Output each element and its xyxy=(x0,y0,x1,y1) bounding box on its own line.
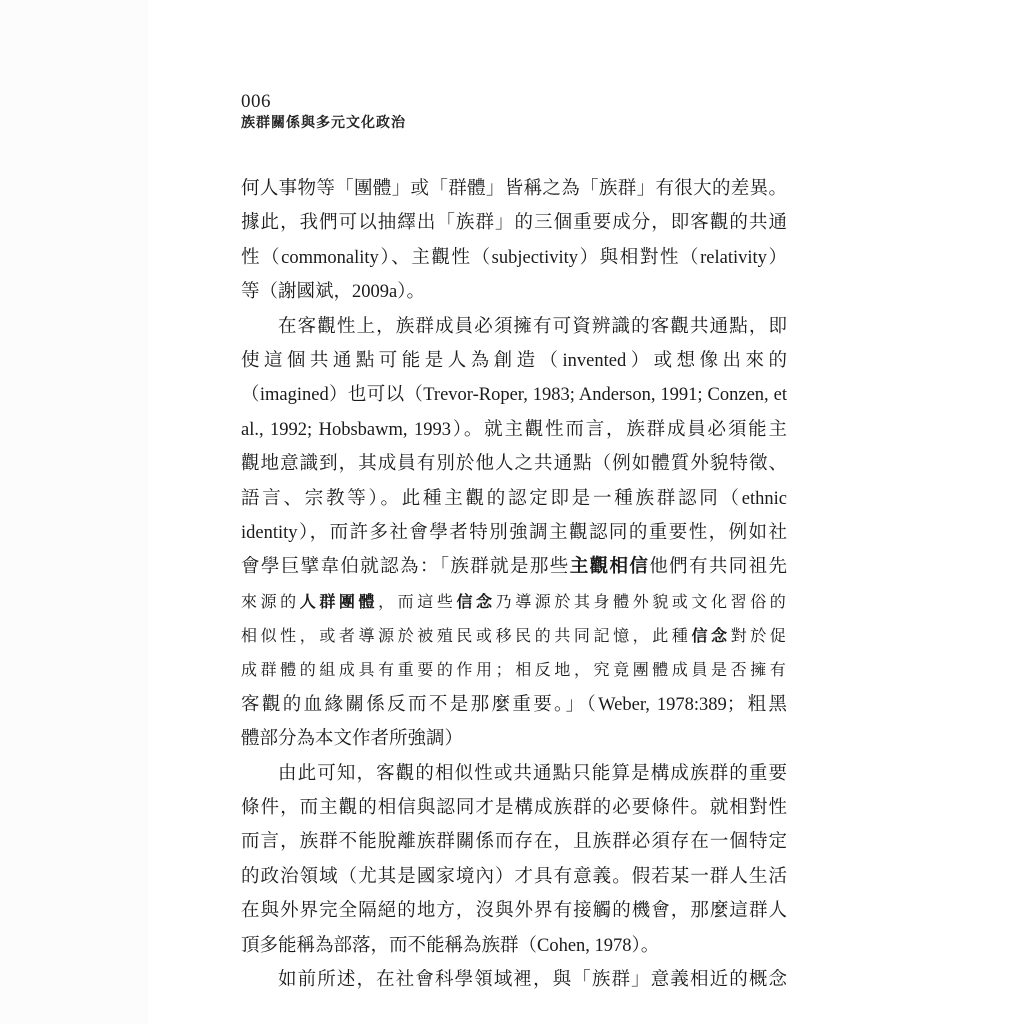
quote-text: 相似性，或者導源於被殖民或移民的共同記憶，此種 xyxy=(241,626,691,645)
quote-text: ，而這些 xyxy=(378,592,456,611)
text-line: 性（commonality）、主觀性（subjectivity）與相對性（rel… xyxy=(241,241,787,275)
text-line: 等（謝國斌，2009a）。 xyxy=(241,275,787,309)
text-line: 的政治領域（尤其是國家境內）才具有意義。假若某一群人生活 xyxy=(241,860,787,894)
text-line: identity），而許多社會學者特別強調主觀認同的重要性，例如社 xyxy=(241,516,787,550)
book-title: 族群關係與多元文化政治 xyxy=(241,114,406,132)
page-number: 006 xyxy=(241,92,406,112)
body-text: 何人事物等「團體」或「群體」皆稱之為「族群」有很大的差異。 據此，我們可以抽繹出… xyxy=(241,172,787,997)
emphasis-text: 人群團體 xyxy=(300,592,378,611)
quote-text: 乃導源於其身體外貌或文化習俗的 xyxy=(496,592,787,611)
paragraph-start-line: 由此可知，客觀的相似性或共通點只能算是構成族群的重要 xyxy=(241,757,787,791)
quote-text: 來源的 xyxy=(241,592,300,611)
quote-line: 成群體的組成具有重要的作用；相反地，究竟團體成員是否擁有 xyxy=(241,653,787,687)
text-line: 客觀的血緣關係反而不是那麼重要。」（Weber, 1978:389；粗黑 xyxy=(241,688,787,722)
paragraph-start-line: 如前所述，在社會科學領域裡，與「族群」意義相近的概念 xyxy=(241,963,787,997)
running-head: 006 族群關係與多元文化政治 xyxy=(241,92,406,132)
text-line: 何人事物等「團體」或「群體」皆稱之為「族群」有很大的差異。 xyxy=(241,172,787,206)
text-line: （imagined）也可以（Trevor-Roper, 1983; Anders… xyxy=(241,378,787,412)
text-line: 語言、宗教等）。此種主觀的認定即是一種族群認同（ethnic xyxy=(241,482,787,516)
quote-text: 他們有共同祖先 xyxy=(649,557,787,577)
page-margin xyxy=(0,0,148,1024)
quote-line: 來源的人群團體，而這些信念乃導源於其身體外貌或文化習俗的 xyxy=(241,585,787,619)
paragraph-start-line: 在客觀性上，族群成員必須擁有可資辨識的客觀共通點，即 xyxy=(241,310,787,344)
quote-text: 會學巨擘韋伯就認為：「族群就是那些 xyxy=(241,557,570,577)
text-line: 而言，族群不能脫離族群關係而存在，且族群必須存在一個特定 xyxy=(241,825,787,859)
text-line: al., 1992; Hobsbawm, 1993）。就主觀性而言，族群成員必須… xyxy=(241,413,787,447)
text-line: 頂多能稱為部落，而不能稱為族群（Cohen, 1978）。 xyxy=(241,929,787,963)
text-line: 據此，我們可以抽繹出「族群」的三個重要成分，即客觀的共通 xyxy=(241,206,787,240)
text-line: 在與外界完全隔絕的地方，沒與外界有接觸的機會，那麼這群人 xyxy=(241,894,787,928)
text-line: 條件，而主觀的相信與認同才是構成族群的必要條件。就相對性 xyxy=(241,791,787,825)
text-line: 體部分為本文作者所強調） xyxy=(241,722,787,756)
text-line: 觀地意識到，其成員有別於他人之共通點（例如體質外貌特徵、 xyxy=(241,447,787,481)
text-line: 使這個共通點可能是人為創造（invented）或想像出來的 xyxy=(241,344,787,378)
emphasis-text: 信念 xyxy=(691,626,730,645)
emphasis-text: 信念 xyxy=(456,592,495,611)
quote-text: 對於促 xyxy=(731,626,787,645)
emphasis-text: 主觀相信 xyxy=(570,557,650,577)
quote-line: 相似性，或者導源於被殖民或移民的共同記憶，此種信念對於促 xyxy=(241,619,787,653)
quote-line: 會學巨擘韋伯就認為：「族群就是那些主觀相信他們有共同祖先 xyxy=(241,550,787,584)
